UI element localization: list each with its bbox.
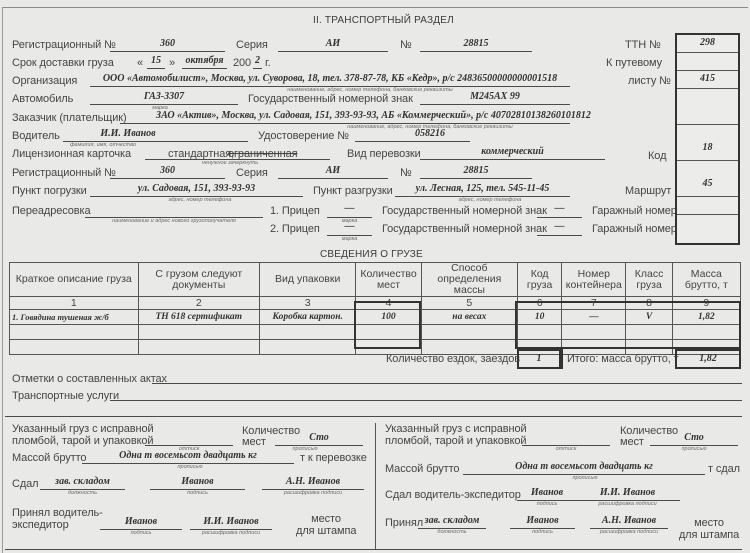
unload-caption: адрес, номер телефона: [440, 197, 540, 203]
col-number: 2: [138, 297, 259, 310]
table-row: 1. Говядина тушеная ж/б ТН 618 сертифика…: [10, 310, 741, 325]
left-handed-name[interactable]: А.Н. Иванов: [262, 476, 364, 487]
cell-cargo-code[interactable]: 10: [518, 310, 562, 325]
col-header: Краткое описание груза: [10, 263, 139, 297]
col-header: Вид упаковки: [260, 263, 356, 297]
left-stamp-1: место: [296, 513, 356, 525]
plate-label: Государственный номерной знак: [248, 93, 413, 105]
card-value-struck[interactable]: ограниченная: [228, 148, 297, 160]
cell-packaging[interactable]: [260, 340, 356, 355]
trailer1-label: 1. Прицеп: [270, 205, 320, 217]
col-header: Класс груза: [626, 263, 672, 297]
col-header: Способ определения массы: [421, 263, 517, 297]
trailer1-garage-label: Гаражный номер: [592, 205, 677, 217]
right-qty-caption: прописью: [650, 446, 738, 452]
right-seal-caption: оттиск: [522, 446, 610, 452]
left-cargo-line1: Указанный груз с исправной: [12, 423, 154, 435]
right-driver-name-caption: расшифровка подписи: [575, 501, 680, 507]
cell-packaging[interactable]: Коробка картон.: [260, 310, 356, 325]
customer-value[interactable]: ЗАО «Актив», Москва, ул. Садовая, 151, 3…: [120, 110, 640, 121]
customer-label: Заказчик (плательщик): [12, 112, 127, 124]
no2-value[interactable]: 28815: [420, 165, 532, 176]
left-accepted-name-caption: расшифровка подписи: [190, 530, 272, 536]
trailer2-caption: марка: [327, 236, 372, 242]
left-cargo-line2: пломбой, тарой и упаковкой: [12, 435, 153, 447]
cell-description[interactable]: [10, 340, 139, 355]
route-label: Маршрут: [625, 185, 671, 197]
col-number: 8: [626, 297, 672, 310]
car-value[interactable]: ГАЗ-3307: [90, 91, 238, 102]
acts-label: Отметки о составленных актах: [12, 373, 167, 385]
driver-label: Водитель: [12, 130, 60, 142]
unload-value[interactable]: ул. Лесная, 125, тел. 545-11-45: [395, 183, 570, 194]
license-value[interactable]: 058216: [390, 128, 470, 139]
year-prefix: 200: [233, 57, 251, 69]
col-number: 3: [260, 297, 356, 310]
trailer1-plate-value[interactable]: —: [537, 203, 582, 214]
waybill-label-1: К путевому: [606, 57, 662, 69]
trips-label: Количество ездок, заездов: [386, 353, 520, 365]
right-driver-sign[interactable]: Иванов: [517, 487, 577, 498]
right-mass-caption: прописью: [545, 475, 625, 481]
transport-kind-label: Вид перевозки: [347, 148, 421, 160]
col-header: Количество мест: [356, 263, 421, 297]
right-mass-suffix: т сдал: [708, 463, 740, 475]
left-accepted-name[interactable]: И.И. Иванов: [190, 516, 272, 527]
transport-kind-value[interactable]: коммерческий: [420, 146, 605, 157]
org-value[interactable]: ООО «Автомобилист», Москва, ул. Суворова…: [90, 73, 570, 84]
right-mass-value[interactable]: Одна т восемьсот двадцать кг: [463, 461, 705, 472]
car-label: Автомобиль: [12, 93, 73, 105]
left-accepted-label-2: экспедитор: [12, 519, 69, 531]
no2-label: №: [400, 167, 412, 179]
series2-label: Серия: [236, 167, 268, 179]
trailer1-value[interactable]: —: [327, 203, 372, 214]
col-number: 4: [356, 297, 421, 310]
cargo-title: СВЕДЕНИЯ О ГРУЗЕ: [320, 249, 423, 260]
left-name-caption: расшифровка подписи: [262, 490, 364, 496]
series2-value[interactable]: АИ: [278, 165, 388, 176]
card-value-kept[interactable]: стандартная,: [168, 148, 234, 160]
route-value[interactable]: 45: [677, 161, 738, 197]
cargo-header-row: Краткое описание груза С грузом следуют …: [10, 263, 741, 297]
ttn-value[interactable]: 298: [677, 35, 738, 53]
cell-mass-method[interactable]: [421, 325, 517, 340]
right-driver-handed-label: Сдал водитель-экспедитор: [385, 489, 521, 501]
waybill-value[interactable]: 415: [677, 71, 738, 89]
right-mass-label: Массой брутто: [385, 463, 459, 475]
reg-value[interactable]: 360: [110, 38, 225, 49]
right-stamp-1: место: [678, 517, 740, 529]
codes-box: 298 415 18 45: [675, 33, 740, 245]
col-header: С грузом следуют документы: [138, 263, 259, 297]
col-number: 7: [562, 297, 626, 310]
cargo-number-row: 1 2 3 4 5 6 7 8 9: [10, 297, 741, 310]
trailer2-value[interactable]: —: [327, 221, 372, 232]
cell-class[interactable]: [626, 325, 672, 340]
garage2-value[interactable]: [677, 215, 738, 243]
reg2-label: Регистрационный №: [12, 167, 116, 179]
waybill-blank[interactable]: [677, 53, 738, 71]
series-label: Серия: [236, 39, 268, 51]
blank-cell-1[interactable]: [677, 89, 738, 125]
col-header: Номер контейнера: [562, 263, 626, 297]
trips-value[interactable]: 1: [517, 353, 561, 364]
right-cargo-line1: Указанный груз с исправной: [385, 423, 527, 435]
left-position-caption: должность: [40, 490, 125, 496]
delivery-month[interactable]: октября: [182, 55, 227, 66]
cell-documents[interactable]: ТН 618 сертификат: [138, 310, 259, 325]
year-unit: г.: [265, 57, 271, 69]
right-accepted-name-caption: расшифровка подписи: [590, 529, 668, 535]
col-number: 9: [672, 297, 740, 310]
cell-description[interactable]: [10, 325, 139, 340]
trailer2-plate-value[interactable]: —: [537, 221, 582, 232]
ttn-label: ТТН №: [625, 39, 661, 51]
unload-label: Пункт разгрузки: [313, 185, 393, 197]
no-value[interactable]: 28815: [420, 38, 532, 49]
right-accepted-sign-caption: подпись: [510, 529, 575, 535]
left-mass-label: Массой брутто: [12, 452, 86, 464]
delivery-day[interactable]: 15: [147, 55, 165, 66]
license-label: Удостоверение №: [258, 130, 349, 142]
code-label: Код: [648, 150, 666, 162]
left-mass-value[interactable]: Одна т восемьсот двадцать кг: [82, 450, 294, 461]
cell-documents[interactable]: [138, 325, 259, 340]
section-title: II. ТРАНСПОРТНЫЙ РАЗДЕЛ: [313, 15, 454, 26]
cell-container[interactable]: —: [562, 310, 626, 325]
left-handed-sign[interactable]: Иванов: [150, 476, 245, 487]
no-label: №: [400, 39, 412, 51]
quote-open: «: [137, 57, 143, 69]
cell-places[interactable]: [356, 325, 421, 340]
left-sign-caption: подпись: [150, 490, 245, 496]
col-header: Масса брутто, т: [672, 263, 740, 297]
cargo-table: Краткое описание груза С грузом следуют …: [9, 262, 741, 355]
left-handed-position[interactable]: зав. складом: [40, 476, 125, 487]
card-label: Лицензионная карточка: [12, 148, 131, 160]
total-value[interactable]: 1,82: [675, 353, 741, 364]
trailer2-plate-label: Государственный номерной знак: [382, 223, 547, 235]
waybill-label-2: листу №: [628, 75, 671, 87]
cell-cargo-code[interactable]: [518, 325, 562, 340]
right-accepted-sign[interactable]: Иванов: [510, 515, 575, 526]
trailer1-plate-label: Государственный номерной знак: [382, 205, 547, 217]
series-value[interactable]: АИ: [278, 38, 388, 49]
col-number: 5: [421, 297, 517, 310]
reg2-value[interactable]: 360: [110, 165, 225, 176]
delivery-label: Срок доставки груза: [12, 57, 114, 69]
col-header: Код груза: [518, 263, 562, 297]
total-label: Итого: масса брутто, т: [567, 353, 679, 365]
cell-gross-mass[interactable]: 1,82: [672, 310, 740, 325]
plate-value[interactable]: М245АХ 99: [420, 91, 570, 102]
right-position-caption: должность: [418, 529, 486, 535]
right-qty-label-2: мест: [620, 436, 644, 448]
cell-gross-mass[interactable]: [672, 325, 740, 340]
right-accepted-position[interactable]: зав. складом: [418, 515, 486, 526]
org-label: Организация: [12, 75, 77, 87]
cell-places[interactable]: 100: [356, 310, 421, 325]
right-accepted-name[interactable]: А.Н. Иванов: [590, 515, 668, 526]
right-driver-name[interactable]: И.И. Иванов: [575, 487, 680, 498]
left-mass-suffix: т к перевозке: [300, 452, 367, 464]
delivery-year[interactable]: 2: [253, 55, 262, 66]
readdress-caption: наименование и адрес нового грузополучат…: [85, 218, 263, 224]
cell-documents[interactable]: [138, 340, 259, 355]
cell-mass-method[interactable]: на весах: [421, 310, 517, 325]
garage1-value[interactable]: [677, 197, 738, 215]
left-stamp-2: для штампа: [296, 525, 356, 537]
right-cargo-line2: пломбой, тарой и упаковкой: [385, 435, 526, 447]
cell-packaging[interactable]: [260, 325, 356, 340]
load-value[interactable]: ул. Садовая, 151, 393-93-93: [90, 183, 303, 194]
driver-value[interactable]: И.И. Иванов: [63, 128, 193, 139]
left-mass-caption: прописью: [150, 464, 230, 470]
right-qty-value[interactable]: Сто: [650, 432, 738, 443]
trailer2-label: 2. Прицеп: [270, 223, 320, 235]
left-handed-label: Сдал: [12, 478, 39, 490]
col-number: 6: [518, 297, 562, 310]
left-qty-label-2: мест: [242, 436, 266, 448]
code-value[interactable]: 18: [677, 125, 738, 161]
services-label: Транспортные услуги: [12, 390, 119, 402]
left-accepted-sign[interactable]: Иванов: [100, 516, 182, 527]
cell-container[interactable]: [562, 325, 626, 340]
load-caption: адрес, номер телефона: [150, 197, 250, 203]
load-label: Пункт погрузки: [12, 185, 87, 197]
quote-close: »: [169, 57, 175, 69]
left-qty-value[interactable]: Сто: [275, 432, 363, 443]
cell-description[interactable]: 1. Говядина тушеная ж/б: [10, 310, 139, 325]
table-row: [10, 325, 741, 340]
col-number: 1: [10, 297, 139, 310]
cell-class[interactable]: V: [626, 310, 672, 325]
right-stamp-2: для штампа: [678, 529, 740, 541]
right-driver-sign-caption: подпись: [517, 501, 577, 507]
reg-label: Регистрационный №: [12, 39, 116, 51]
trailer2-garage-label: Гаражный номер: [592, 223, 677, 235]
readdress-label: Переадресовка: [12, 205, 91, 217]
left-accepted-label-1: Принял водитель-: [12, 507, 103, 519]
left-accepted-sign-caption: подпись: [100, 530, 182, 536]
